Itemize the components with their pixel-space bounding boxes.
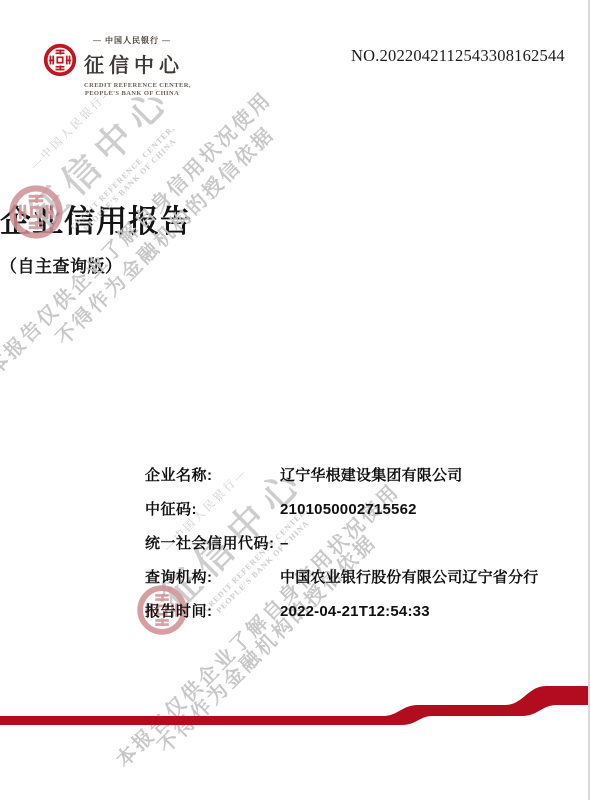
logo-english-line1: CREDIT REFERENCE CENTER, [84,82,180,90]
header: — 中国人民银行 — 征信中心 CREDIT REFERENCE CENTER,… [0,0,590,800]
field-label: 报告时间: [145,601,280,622]
brand-name: 征信中心 [84,49,180,78]
credit-center-logo: — 中国人民银行 — 征信中心 CREDIT REFERENCE CENTER,… [84,35,180,97]
field-row-social-credit-code: 统一社会信用代码: – [145,533,575,554]
field-label: 企业名称: [145,465,280,486]
field-value: 2101050002715562 [280,499,575,520]
field-value: 辽宁华根建设集团有限公司 [280,465,575,486]
bank-name-line: — 中国人民银行 — [84,35,180,46]
field-label: 查询机构: [145,567,280,588]
field-row-company-name: 企业名称: 辽宁华根建设集团有限公司 [145,465,575,486]
logo-english-line2: PEOPLE'S BANK OF CHINA [84,90,180,98]
field-row-report-time: 报告时间: 2022-04-21T12:54:33 [145,601,575,622]
report-page: —中国人民银行— 征信中心 CREDIT REFERENCE CENTER, P… [0,0,590,800]
field-row-query-institution: 查询机构: 中国农业银行股份有限公司辽宁省分行 [145,567,575,588]
field-value: 2022-04-21T12:54:33 [280,601,575,622]
field-value: 中国农业银行股份有限公司辽宁省分行 [280,567,575,588]
field-row-credit-code: 中征码: 2101050002715562 [145,499,575,520]
info-fields: 企业名称: 辽宁华根建设集团有限公司 中征码: 2101050002715562… [145,465,575,635]
field-value: – [280,533,575,554]
pboc-coin-seal-icon [43,43,77,77]
field-label: 中征码: [145,499,280,520]
report-number: NO.2022042112543308162544 [351,46,565,66]
field-label: 统一社会信用代码: [145,533,280,554]
